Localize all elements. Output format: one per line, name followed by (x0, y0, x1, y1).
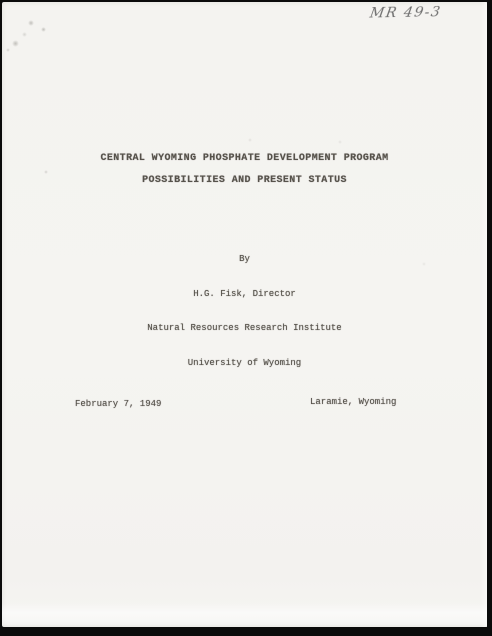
smudge-dot (338, 140, 342, 144)
byline-by: By (2, 254, 487, 266)
smudge-dot (28, 20, 34, 26)
paper-bottom-edge-band (2, 603, 487, 625)
handwritten-catalog-number: MR 49-3 (368, 4, 442, 21)
smudge-dot (248, 138, 252, 142)
footer-location: Laramie, Wyoming (310, 397, 396, 407)
smudge-dot (44, 170, 48, 174)
byline-institute: Natural Resources Research Institute (2, 323, 487, 335)
byline-block: By H.G. Fisk, Director Natural Resources… (2, 231, 487, 392)
byline-author: H.G. Fisk, Director (2, 289, 487, 301)
document-title-line2: POSSIBILITIES AND PRESENT STATUS (2, 175, 487, 186)
smudge-dot (12, 40, 19, 47)
smudge-dot (41, 27, 46, 32)
document-title-line1: CENTRAL WYOMING PHOSPHATE DEVELOPMENT PR… (2, 153, 487, 164)
smudge-dot (6, 48, 10, 52)
paper-sheet: MR 49-3 CENTRAL WYOMING PHOSPHATE DEVELO… (2, 2, 487, 627)
smudge-dot (22, 32, 27, 37)
scanned-document-page: MR 49-3 CENTRAL WYOMING PHOSPHATE DEVELO… (0, 0, 492, 636)
footer-date: February 7, 1949 (75, 399, 161, 409)
byline-university: University of Wyoming (2, 358, 487, 370)
scan-edge-highlight (481, 2, 487, 627)
